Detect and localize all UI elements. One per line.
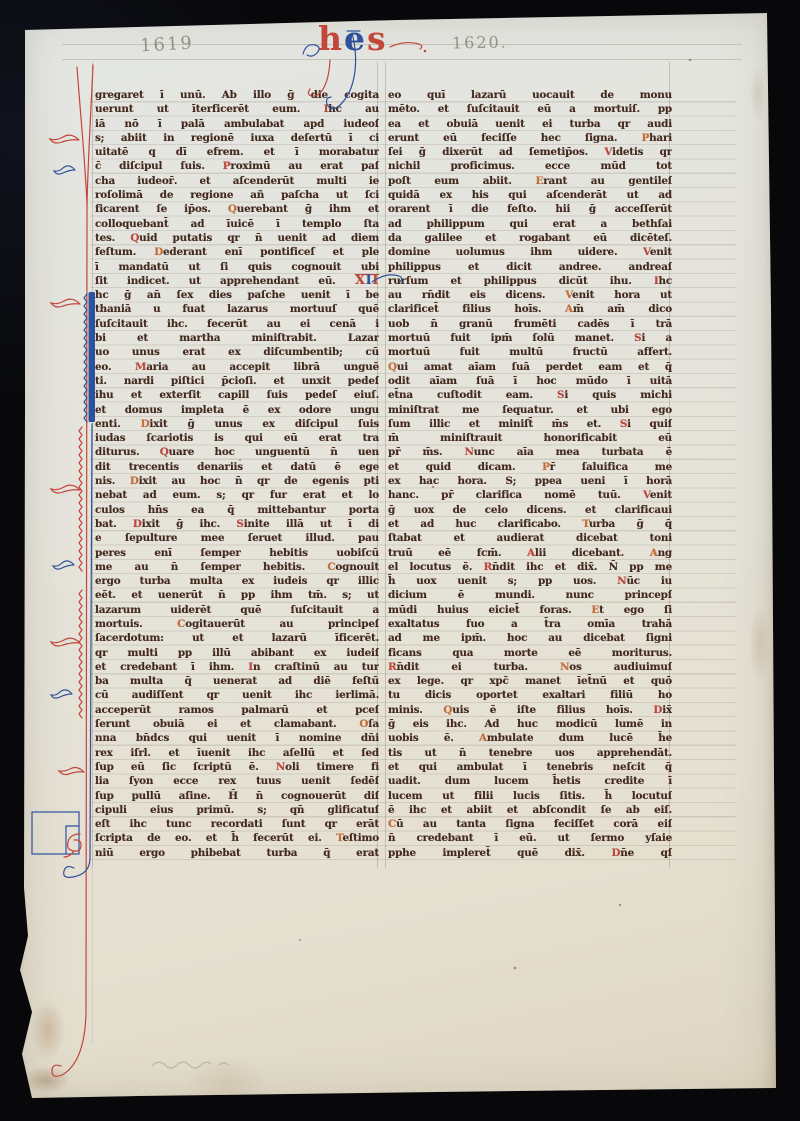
text-line: uo unus erat ex diſcumbentib; cū	[95, 345, 379, 359]
text-line: truū eē fcm̄. Alii dicebant. Ang	[388, 546, 672, 560]
text-line: da galilee et rogabant eū dicēteſ.	[388, 231, 672, 245]
text-line: eo. Maria au accepit librā unguē	[95, 360, 379, 374]
text-line: odit aīam ſuā ī hoc mūdo ī uitā	[388, 374, 672, 388]
text-line: ſup eū ſic ſcriptū ē. Noli timere fi	[95, 760, 379, 774]
folio-number-left: 1619	[139, 33, 194, 57]
text-line: rurſum et philippus dicūt ihu. Ihc	[388, 274, 672, 288]
text-line: ti. nardi piſtici p̄cioſi. et unxit pede…	[95, 374, 379, 388]
text-line: clarificet̄ filius hoīs. Am̄ am̄ dico	[388, 302, 672, 316]
text-line: au rn̄dit eis dicens. Venit hora ut	[388, 288, 672, 302]
colored-initial: S	[620, 418, 627, 430]
text-line: mūdi huius eiciet̄ foras. Et ego ſi	[388, 603, 672, 617]
colored-initial: I	[654, 275, 659, 287]
text-line: m̄ miniſtrauit honorificabit eū	[388, 431, 672, 445]
colored-initial: P	[542, 461, 550, 473]
text-line: e ſepulture mee ſeruet illud. pau	[95, 531, 379, 545]
colored-initial: D	[130, 475, 139, 487]
text-line: et domus impleta ē ex odore ungu	[95, 403, 379, 417]
text-line: dicium ē mundi. nunc princepſ	[388, 588, 672, 602]
text-line: ſum illic et miniſt̄ m̄s et. Si quiſ	[388, 417, 672, 431]
text-line: s; abiit in regionē iuxa deſertū ī ci	[95, 131, 379, 145]
colored-initial: E	[591, 604, 599, 616]
text-line: ḡ eis ihc. Ad huc modicū lumē in	[388, 717, 672, 731]
text-line: iā nō ī palā ambulabat apd iudeoſ	[95, 117, 379, 131]
text-line: ſup pullū aſine. H̄ n̄ cognouerūt diſ	[95, 789, 379, 803]
text-line: thaniā u fuat lazarus mortuuſ quē	[95, 302, 379, 316]
text-line: ex hac hora. S; ppea ueni ī horā	[388, 474, 672, 488]
text-line: orarent ī die feſto. hii ḡ acceſſerūt	[388, 202, 672, 216]
running-title-letter: h	[318, 22, 344, 55]
colored-initial: C	[388, 818, 396, 830]
text-line: uitatē q dī efrem. et ī morabatur	[95, 145, 379, 159]
text-line: eſt ihc tunc recordati ſunt qr erāt	[95, 817, 379, 831]
text-line: ficarent ſe ip̄os. Querebant ḡ ihm et	[95, 202, 379, 216]
colored-initial: S	[557, 389, 564, 401]
text-line: erunt eū feciſſe hec ſigna. Phari	[388, 131, 672, 145]
text-line: feſtum. Dederant enī pontificeſ et ple	[95, 245, 379, 259]
text-line: nis. Dixit au hoc n̄ qr de egenis pti	[95, 474, 379, 488]
text-line: ē ihc et abiit et abſcondit ſe ab eiſ.	[388, 803, 672, 817]
colored-initial: S	[236, 518, 243, 530]
colored-initial: Q	[130, 232, 139, 244]
text-line: mortuū fuit multū fructū affert.	[388, 345, 672, 359]
text-line: niū ergo phibebat turba q̄ erat	[95, 846, 379, 860]
text-line: ficans qua morte eē moriturus.	[388, 646, 672, 660]
colored-initial: C	[177, 618, 185, 630]
text-line: dit trecentis denariis et datū ē ege	[95, 460, 379, 474]
colored-initial: S	[634, 332, 641, 344]
text-line: iudas ſcariotis is qui eū erat tra	[95, 431, 379, 445]
text-line: Rn̄dit ei turba. Nos audiuimuſ	[388, 660, 672, 674]
text-line: roſolimā de regione añ paſcha ut ſci	[95, 188, 379, 202]
text-line: domine uolumus ihm uidere. Venit	[388, 245, 672, 259]
text-line: uerunt ut īterficerēt eum. Ihc au	[95, 102, 379, 116]
text-line: acceperūt ramos palmarū et pceſ	[95, 703, 379, 717]
text-line: ſei ḡ dixerūt ad ſemetip̄os. Videtis qr	[388, 145, 672, 159]
text-line: pr̄ m̄s. Nunc aīa mea turbata ē	[388, 445, 672, 459]
text-line: eo quī lazarū uocauit de monu	[388, 88, 672, 102]
text-line: exaltatus fuo a t̄ra omīa trahā	[388, 617, 672, 631]
text-line: minis. Quis ē iſte filius hoīs. Dix̄	[388, 703, 672, 717]
text-line: ſcripta de eo. et h̄ fecerūt ei. Teſtimo	[95, 831, 379, 845]
text-line: ihu et exterſit capill ſuis pedeſ eiuſ.	[95, 388, 379, 402]
colored-initial: P	[223, 160, 231, 172]
text-line: hanc. pr̄ clarifica nomē tuū. Venit	[388, 488, 672, 502]
text-line: et credebant ī ihm. In craſtinū au tur	[95, 660, 379, 674]
text-line: diturus. Quare hoc unguentū n̄ uen	[95, 445, 379, 459]
colored-initial: O	[359, 718, 368, 730]
text-line: cha iudeor̄. et aſcenderūt multi ie	[95, 174, 379, 188]
text-line: tu dicis oportet exaltari filiū ho	[388, 688, 672, 702]
colored-initial: T	[336, 832, 342, 844]
text-line: uobis ē. Ambulate dum lucē h̄e	[388, 731, 672, 745]
colored-initial: C	[327, 561, 335, 573]
text-line: ex lege. qr xpc̄ manet īet̄nū et quō	[388, 674, 672, 688]
text-line: lucem ut filii lucis ſitis. h̄ locutuſ	[388, 789, 672, 803]
text-line: uob n̄ granū frumēti cadēs ī trā	[388, 317, 672, 331]
text-line: ſerunt obuiā ei et clamabant. Oſa	[95, 717, 379, 731]
text-column-left: gregaret ī unū. Ab illo ḡ die cogitaueru…	[95, 88, 379, 860]
colored-initial: I	[248, 661, 253, 673]
text-line: mortuis. Cogitauerūt au principeſ	[95, 617, 379, 631]
text-column-right: eo quī lazarū uocauit de monumēto. et ſu…	[388, 88, 672, 860]
column-ruling-line	[92, 62, 93, 868]
text-line: nichil proficimus. ecce mūd tot	[388, 159, 672, 173]
text-line: cū audiſſent qr uenit ihc ierlimā.	[95, 688, 379, 702]
colored-initial: Q	[228, 203, 237, 215]
colored-initial: D	[133, 518, 142, 530]
text-line: el locutus ē. Rn̄dit ihc et dix̄. N̄ pp …	[388, 560, 672, 574]
text-line: ad me ipm̄. hoc au dicebat ſigni	[388, 631, 672, 645]
colored-initial: M	[135, 361, 146, 373]
colored-initial: T	[582, 518, 589, 530]
text-line: qr multi pp illū abibant ex iudeiſ	[95, 646, 379, 660]
text-line: pphe impleret̄ quē dix̄. Dn̄e qſ	[388, 846, 672, 860]
colored-initial: D	[154, 246, 163, 258]
text-line: n̄ credebant ī eū. ut ſermo yſaie	[388, 831, 672, 845]
column-ruling-line	[92, 868, 93, 1044]
text-line: lazarum uiderēt quē ſuſcitauit a	[95, 603, 379, 617]
colored-initial: P	[641, 132, 649, 144]
colored-initial: A	[650, 547, 658, 559]
text-line: uadit. dum lucem h̄etis credite ī	[388, 774, 672, 788]
colored-initial: V	[643, 246, 650, 258]
text-line: bat. Dixit ḡ ihc. Sinite illā ut ī di	[95, 517, 379, 531]
text-line: culos hn̄s ea q̄ mittebantur porta	[95, 503, 379, 517]
text-line: miniſtrat me ſequatur. et ubi ego	[388, 403, 672, 417]
text-line: rex iſrl. et īuenit ihc aſellū et ſed	[95, 746, 379, 760]
text-line: ḡ uox de celo dicens. et clarificaui	[388, 503, 672, 517]
text-line: philippus et dicit andree. andreaſ	[388, 260, 672, 274]
text-line: Cū au tanta ſigna feciſſet corā eiſ	[388, 817, 672, 831]
text-line: cipuli eius primū. s; qn̄ glificatuſ	[95, 803, 379, 817]
text-line: nna bn̄dcs qui uenit ī nomine dn̄i	[95, 731, 379, 745]
colored-initial: N	[560, 661, 569, 673]
text-line: me au n̄ ſemper hebitis. Cognouit	[95, 560, 379, 574]
running-title: hes	[318, 22, 388, 55]
colored-initial: Q	[160, 446, 169, 458]
photo-background: 1619 hes 1620. gregaret ī unū. Ab illo ḡ…	[0, 0, 800, 1121]
colored-initial: V	[643, 489, 650, 501]
text-line: gregaret ī unū. Ab illo ḡ die cogita	[95, 88, 379, 102]
folio-number-right: 1620.	[452, 33, 508, 53]
colored-initial: D	[141, 418, 150, 430]
text-line: hc ḡ an̄ ſex dies paſche uenit ī be	[95, 288, 379, 302]
text-line: mēto. et ſuſcitauit eū a mortuiſ. pp	[388, 102, 672, 116]
colored-initial: N	[617, 575, 626, 587]
chapter-numeral-letter: X	[355, 274, 366, 287]
text-line: c̄ diſcipul ſuis. Proximū au erat paſ	[95, 159, 379, 173]
running-title-letter: e	[344, 22, 367, 55]
colored-initial: D	[653, 704, 662, 716]
colored-initial: N	[464, 446, 473, 458]
colored-initial: A	[527, 547, 535, 559]
text-line: ī mandatū ut ſi quis cognouit ubi	[95, 260, 379, 274]
text-line: et ad huc clarificabo. Turba ḡ q̄	[388, 517, 672, 531]
text-line: mortuū fuit ipm̄ ſolū manet. Si a	[388, 331, 672, 345]
text-line: et qui ambulat ī tenebris neſcit q̄	[388, 760, 672, 774]
text-line: ſtabat et audierat dicebat toni	[388, 531, 672, 545]
colored-initial: Q	[443, 704, 452, 716]
text-line: enti. Dixit ḡ unus ex diſcipul ſuis	[95, 417, 379, 431]
chapter-numeral-letter: I	[372, 274, 379, 287]
text-line: ad philippum qui erat a bethſai	[388, 217, 672, 231]
colored-initial: N	[276, 761, 285, 773]
column-ruling-line	[385, 62, 386, 868]
text-line: ſacerdotum: ut et lazarū īficerēt.	[95, 631, 379, 645]
text-line: et quid dicam. Pr̄ ſaluifica me	[388, 460, 672, 474]
colored-initial: R	[388, 661, 396, 673]
text-line: ba multa q̄ uenerat ad diē feſtū	[95, 674, 379, 688]
text-line: et̄na cuſtodit eam. Si quis michi	[388, 388, 672, 402]
text-line: ergo turba multa ex iudeis qr illic	[95, 574, 379, 588]
text-line: colloquebant̄ ad īuicē ī templo ſta	[95, 217, 379, 231]
text-line: h̄ uox uenit s; pp uos. Nūc iu	[388, 574, 672, 588]
running-title-letter: s	[367, 22, 388, 55]
text-line: ſuſcitauit ihc. fecerūt au ei cenā i	[95, 317, 379, 331]
colored-initial: I	[324, 103, 329, 115]
colored-initial: A	[479, 732, 487, 744]
colored-initial: A	[565, 303, 573, 315]
text-line: Qui amat aīam ſuā perdet eam et q̄	[388, 360, 672, 374]
text-line: ea et obuiā uenit ei turba qr audi	[388, 117, 672, 131]
colored-initial: Q	[388, 361, 397, 373]
colored-initial: V	[565, 289, 572, 301]
text-line: nebat ad eum. s; qr fur erat et lo	[95, 488, 379, 502]
colored-initial: E	[536, 175, 544, 187]
text-line: bi et martha miniſtrabit. Lazar	[95, 331, 379, 345]
text-line: lia ſyon ecce rex tuus uenit ſedēſ	[95, 774, 379, 788]
colored-initial: R	[484, 561, 492, 573]
text-line: tes. Quid putatis qr n̄ uenit ad diem	[95, 231, 379, 245]
text-line: tis ut n̄ tenebre uos apprehendāt.	[388, 746, 672, 760]
text-line: ſit indicet. ut apprehendant eū. XII	[95, 274, 379, 288]
text-line: peres enī ſemper hebitis uobiſcū	[95, 546, 379, 560]
colored-initial: D	[611, 847, 620, 859]
text-line: quidā ex his qui aſcenderāt ut ad	[388, 188, 672, 202]
colored-initial: V	[604, 146, 612, 158]
header-ruling-line	[62, 59, 742, 60]
text-line: poſt eum abiit. Erant au gentileſ	[388, 174, 672, 188]
text-line: eēt. et uenerūt n̄ pp ihm tm̄. s; ut	[95, 588, 379, 602]
